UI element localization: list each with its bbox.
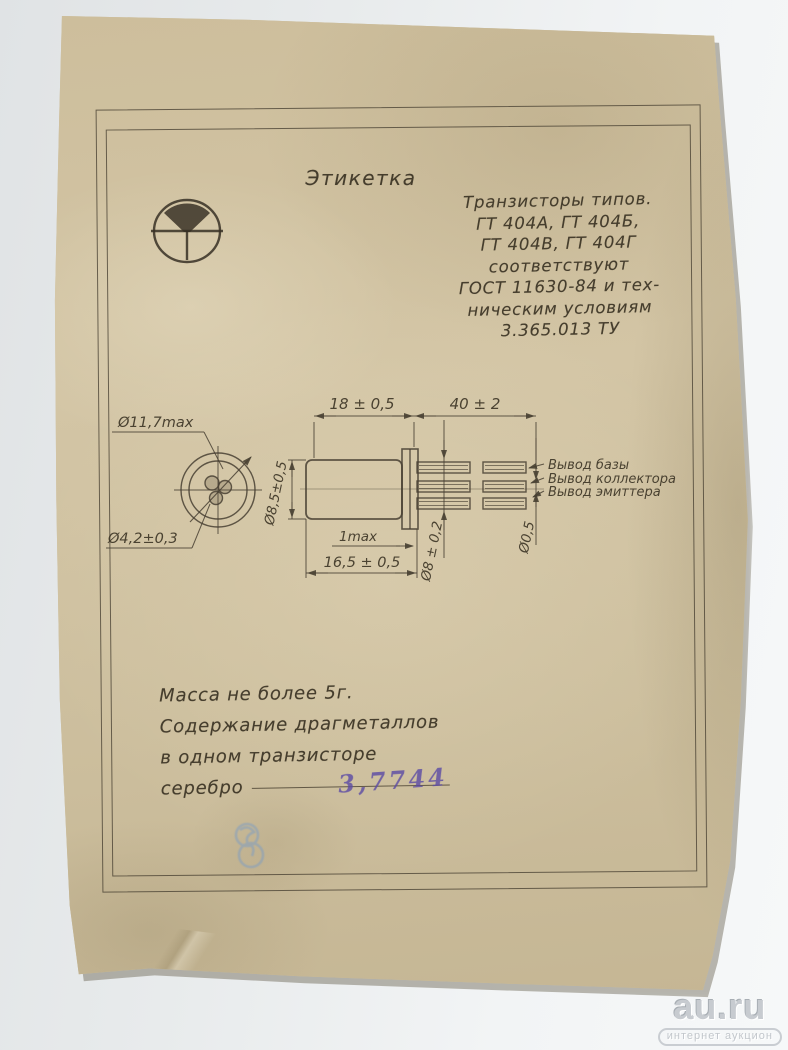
compliance-note: Транзисторы типов. ГТ 404А, ГТ 404Б, ГТ …: [441, 188, 676, 343]
dim-pin-circle-label: Ø4,2±0,3: [107, 531, 178, 547]
dim-lead-length-label: 40 ± 2: [450, 395, 501, 413]
footer-line: Масса не более 5г.: [159, 675, 448, 711]
site-watermark: au.ru интернет аукцион: [658, 989, 782, 1046]
factory-logo-icon: [149, 196, 225, 266]
leads: [417, 462, 526, 509]
dim-body-diameter-label: Ø8,5±0,5: [261, 460, 290, 528]
dim-cap-diameter-label: Ø11,7max: [117, 415, 194, 431]
dim-body-diameter: [288, 460, 306, 519]
dim-case-length-label: 16,5 ± 0,5: [324, 555, 401, 571]
watermark-tagline: интернет аукцион: [658, 1028, 782, 1046]
side-view: [300, 449, 544, 529]
dim-top: [314, 416, 536, 460]
dim-flange-thickness-label: 1max: [339, 529, 378, 545]
footer-line: Содержание драгметаллов: [159, 706, 448, 742]
silver-label: серебро: [161, 777, 244, 799]
watermark-site-name: au.ru: [658, 989, 782, 1025]
dim-lead-diameter-label: Ø0,5: [516, 520, 539, 556]
document-title: Этикетка: [296, 166, 426, 190]
lead-label-emitter: Вывод эмиттера: [548, 485, 661, 500]
dim-body-length-label: 18 ± 0,5: [329, 395, 394, 413]
blue-ink-stamp: [220, 816, 278, 876]
dim-flange-diameter-label: Ø8 ± 0,2: [418, 520, 446, 584]
transistor-dimension-drawing: Ø11,7max Ø4,2±0,3 18 ± 0,5 40 ± 2 Ø8,5±0…: [104, 380, 682, 595]
label-paper: Этикетка Транзисторы типов. ГТ 404А, ГТ …: [50, 10, 752, 1000]
lead-label-base: Вывод базы: [548, 458, 629, 473]
